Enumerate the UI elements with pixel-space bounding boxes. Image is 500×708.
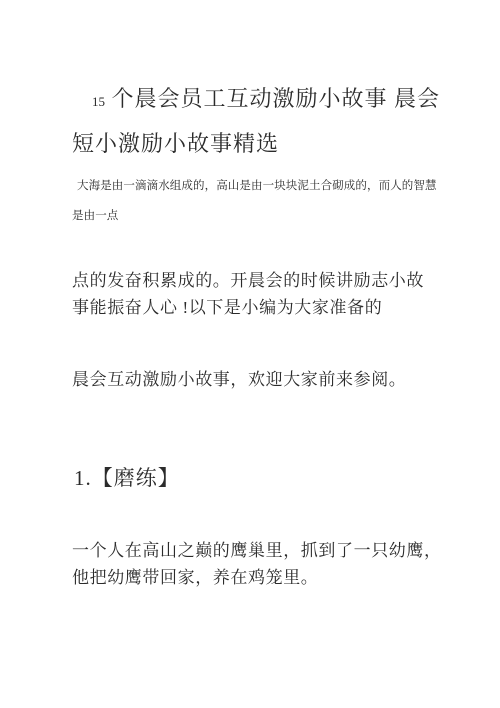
body-paragraph-2: 晨会互动激励小故事，欢迎大家前来参阅。 bbox=[72, 366, 442, 393]
story-paragraph: 一个人在高山之巅的鹰巢里，抓到了一只幼鹰， 他把幼鹰带回家，养在鸡笼里。 bbox=[72, 537, 442, 591]
section-heading-1: 1.【磨练】 bbox=[74, 463, 442, 493]
page-title: 15 个晨会员工互动激励小故事 晨会 短小激励小故事精选 bbox=[72, 78, 442, 165]
title-number: 15 bbox=[92, 94, 105, 109]
body-paragraph-1: 点的发奋积累成的。开晨会的时候讲励志小故 事能振奋人心 !以下是小编为大家准备的 bbox=[72, 267, 442, 321]
document-page: 15 个晨会员工互动激励小故事 晨会 短小激励小故事精选 大海是由一滴滴水组成的… bbox=[0, 0, 500, 708]
title-text: 个晨会员工互动激励小故事 晨会 短小激励小故事精选 bbox=[72, 86, 440, 156]
intro-paragraph: 大海是由一滴滴水组成的，高山是由一块块泥土合砌成的，而人的智慧 是由一点 bbox=[72, 171, 442, 231]
